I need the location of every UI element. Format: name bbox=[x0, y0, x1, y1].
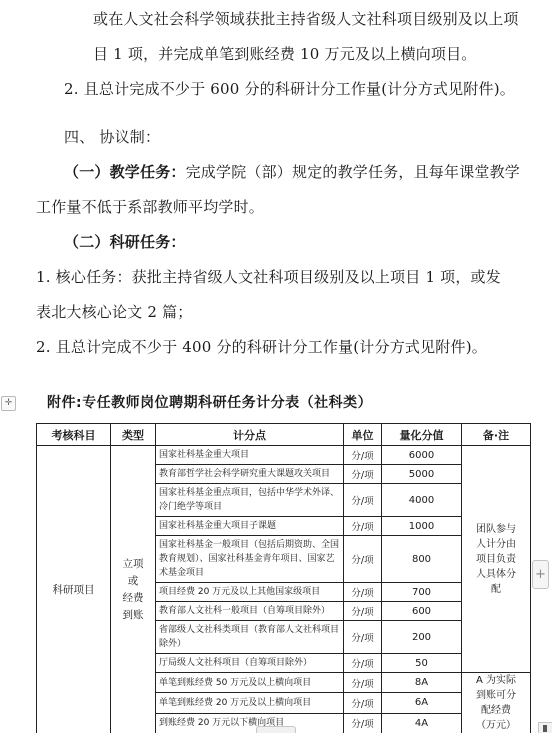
text-segment: 工作量不低于系部教师平均学时。 bbox=[36, 198, 264, 216]
note-cell-team: 团队参与 人计分由 项目负责 人具体分 配 bbox=[462, 446, 531, 673]
value-cell: 1000 bbox=[382, 517, 462, 536]
score-table: 考核科目类型计分点单位量化分值备·注 科研项目立项 或 经费 到账国家社科基金重… bbox=[36, 423, 531, 733]
scoring-point-cell: 国家社科基金一般项目（包括后期资助、全国 教育规划）、国家社科基金青年项目、国家… bbox=[156, 536, 344, 583]
column-header: 计分点 bbox=[156, 424, 344, 446]
scoring-point-cell: 教育部哲学社会科学研究重大课题攻关项目 bbox=[156, 465, 344, 484]
scoring-point-cell: 到账经费 20 万元以下横向项目 bbox=[156, 713, 344, 733]
paragraph-line: （二）科研任务： bbox=[36, 231, 536, 266]
scoring-point-cell: 厅局级人文社科项目（自筹项目除外） bbox=[156, 654, 344, 673]
paragraph-line: 四、 协议制： bbox=[36, 126, 536, 161]
paragraph-line: （一）教学任务：完成学院（部）规定的教学任务，且每年课堂教学 bbox=[36, 161, 536, 196]
text-segment: 四、 协议制： bbox=[64, 128, 160, 146]
paragraph-line: 表北大核心论文 2 篇； bbox=[36, 301, 536, 336]
scoring-point-cell: 省部级人文社科类项目（教育部人文社科项目 除外） bbox=[156, 621, 344, 654]
unit-cell: 分/项 bbox=[344, 536, 382, 583]
unit-cell: 分/项 bbox=[344, 693, 382, 713]
text-segment: 2. 且总计完成不少于 400 分的科研计分工作量(计分方式见附件)。 bbox=[36, 338, 487, 356]
paragraph-line: 2. 且总计完成不少于 600 分的科研计分工作量(计分方式见附件)。 bbox=[36, 78, 536, 113]
text-segment: 表北大核心论文 2 篇； bbox=[36, 303, 192, 321]
column-header: 量化分值 bbox=[382, 424, 462, 446]
value-cell: 4A bbox=[382, 713, 462, 733]
value-cell: 5000 bbox=[382, 465, 462, 484]
table-row: 科研项目立项 或 经费 到账国家社科基金重大项目分/项6000团队参与 人计分由… bbox=[37, 446, 531, 465]
paragraph-line: 目 1 项，并完成单笔到账经费 10 万元及以上横向项目。 bbox=[36, 43, 536, 78]
note-cell-funds: A 为实际 到账可分 配经费 （万元） bbox=[462, 673, 531, 733]
value-cell: 600 bbox=[382, 602, 462, 621]
horizontal-scrollbar-fragment[interactable] bbox=[256, 726, 296, 733]
unit-cell: 分/项 bbox=[344, 465, 382, 484]
table-header-row: 考核科目类型计分点单位量化分值备·注 bbox=[37, 424, 531, 446]
paragraph-line: 1. 核心任务：获批主持省级人文社科项目级别及以上项目 1 项，或发 bbox=[36, 266, 536, 301]
unit-cell: 分/项 bbox=[344, 673, 382, 693]
paragraph-line: 2. 且总计完成不少于 400 分的科研计分工作量(计分方式见附件)。 bbox=[36, 336, 536, 371]
unit-cell: 分/项 bbox=[344, 583, 382, 602]
scoring-point-cell: 国家社科基金重大项目子课题 bbox=[156, 517, 344, 536]
unit-cell: 分/项 bbox=[344, 654, 382, 673]
table-move-handle-icon[interactable]: ✛ bbox=[1, 396, 16, 411]
score-table-body: 科研项目立项 或 经费 到账国家社科基金重大项目分/项6000团队参与 人计分由… bbox=[37, 446, 531, 733]
type-cell: 立项 或 经费 到账 bbox=[111, 446, 156, 733]
scoring-point-cell: 国家社科基金重大项目 bbox=[156, 446, 344, 465]
subject-cell: 科研项目 bbox=[37, 446, 111, 733]
column-header: 考核科目 bbox=[37, 424, 111, 446]
document-page: 或在人文社会科学领域获批主持省级人文社科项目级别及以上项目 1 项，并完成单笔到… bbox=[0, 0, 552, 733]
bold-text-segment: （二）科研任务： bbox=[64, 233, 186, 251]
unit-cell: 分/项 bbox=[344, 713, 382, 733]
value-cell: 8A bbox=[382, 673, 462, 693]
unit-cell: 分/项 bbox=[344, 517, 382, 536]
text-segment: 2. 且总计完成不少于 600 分的科研计分工作量(计分方式见附件)。 bbox=[64, 80, 515, 98]
scoring-point-cell: 单笔到账经费 20 万元及以上横向项目 bbox=[156, 693, 344, 713]
scoring-point-cell: 教育部人文社科一般项目（自筹项目除外） bbox=[156, 602, 344, 621]
value-cell: 6000 bbox=[382, 446, 462, 465]
unit-cell: 分/项 bbox=[344, 621, 382, 654]
text-segment: 1. 核心任务：获批主持省级人文社科项目级别及以上项目 1 项，或发 bbox=[36, 268, 501, 286]
unit-cell: 分/项 bbox=[344, 602, 382, 621]
value-cell: 4000 bbox=[382, 484, 462, 517]
bold-text-segment: （一）教学任务： bbox=[64, 163, 186, 181]
paragraph-line: 或在人文社会科学领域获批主持省级人文社科项目级别及以上项 bbox=[36, 8, 536, 43]
column-header: 备·注 bbox=[462, 424, 531, 446]
text-segment: 或在人文社会科学领域获批主持省级人文社科项目级别及以上项 bbox=[93, 10, 519, 28]
column-header: 类型 bbox=[111, 424, 156, 446]
value-cell: 700 bbox=[382, 583, 462, 602]
column-header: 单位 bbox=[344, 424, 382, 446]
text-segment: 目 1 项，并完成单笔到账经费 10 万元及以上横向项目。 bbox=[93, 45, 477, 63]
attachment-title: 附件:专任教师岗位聘期科研任务计分表（社科类） bbox=[47, 392, 372, 412]
body-text: 或在人文社会科学领域获批主持省级人文社科项目级别及以上项目 1 项，并完成单笔到… bbox=[36, 8, 536, 371]
scoring-point-cell: 国家社科基金重点项目，包括中华学术外译、 冷门绝学等项目 bbox=[156, 484, 344, 517]
text-segment: 完成学院（部）规定的教学任务，且每年课堂教学 bbox=[186, 163, 520, 181]
value-cell: 800 bbox=[382, 536, 462, 583]
unit-cell: 分/项 bbox=[344, 484, 382, 517]
paragraph-line: 工作量不低于系部教师平均学时。 bbox=[36, 196, 536, 231]
unit-cell: 分/项 bbox=[344, 446, 382, 465]
scoring-point-cell: 单笔到账经费 50 万元及以上横向项目 bbox=[156, 673, 344, 693]
scoring-point-cell: 项目经费 20 万元及以上其他国家级项目 bbox=[156, 583, 344, 602]
scroll-corner-fragment[interactable] bbox=[538, 722, 552, 733]
value-cell: 50 bbox=[382, 654, 462, 673]
value-cell: 6A bbox=[382, 693, 462, 713]
value-cell: 200 bbox=[382, 621, 462, 654]
plus-button[interactable]: + bbox=[532, 560, 549, 589]
